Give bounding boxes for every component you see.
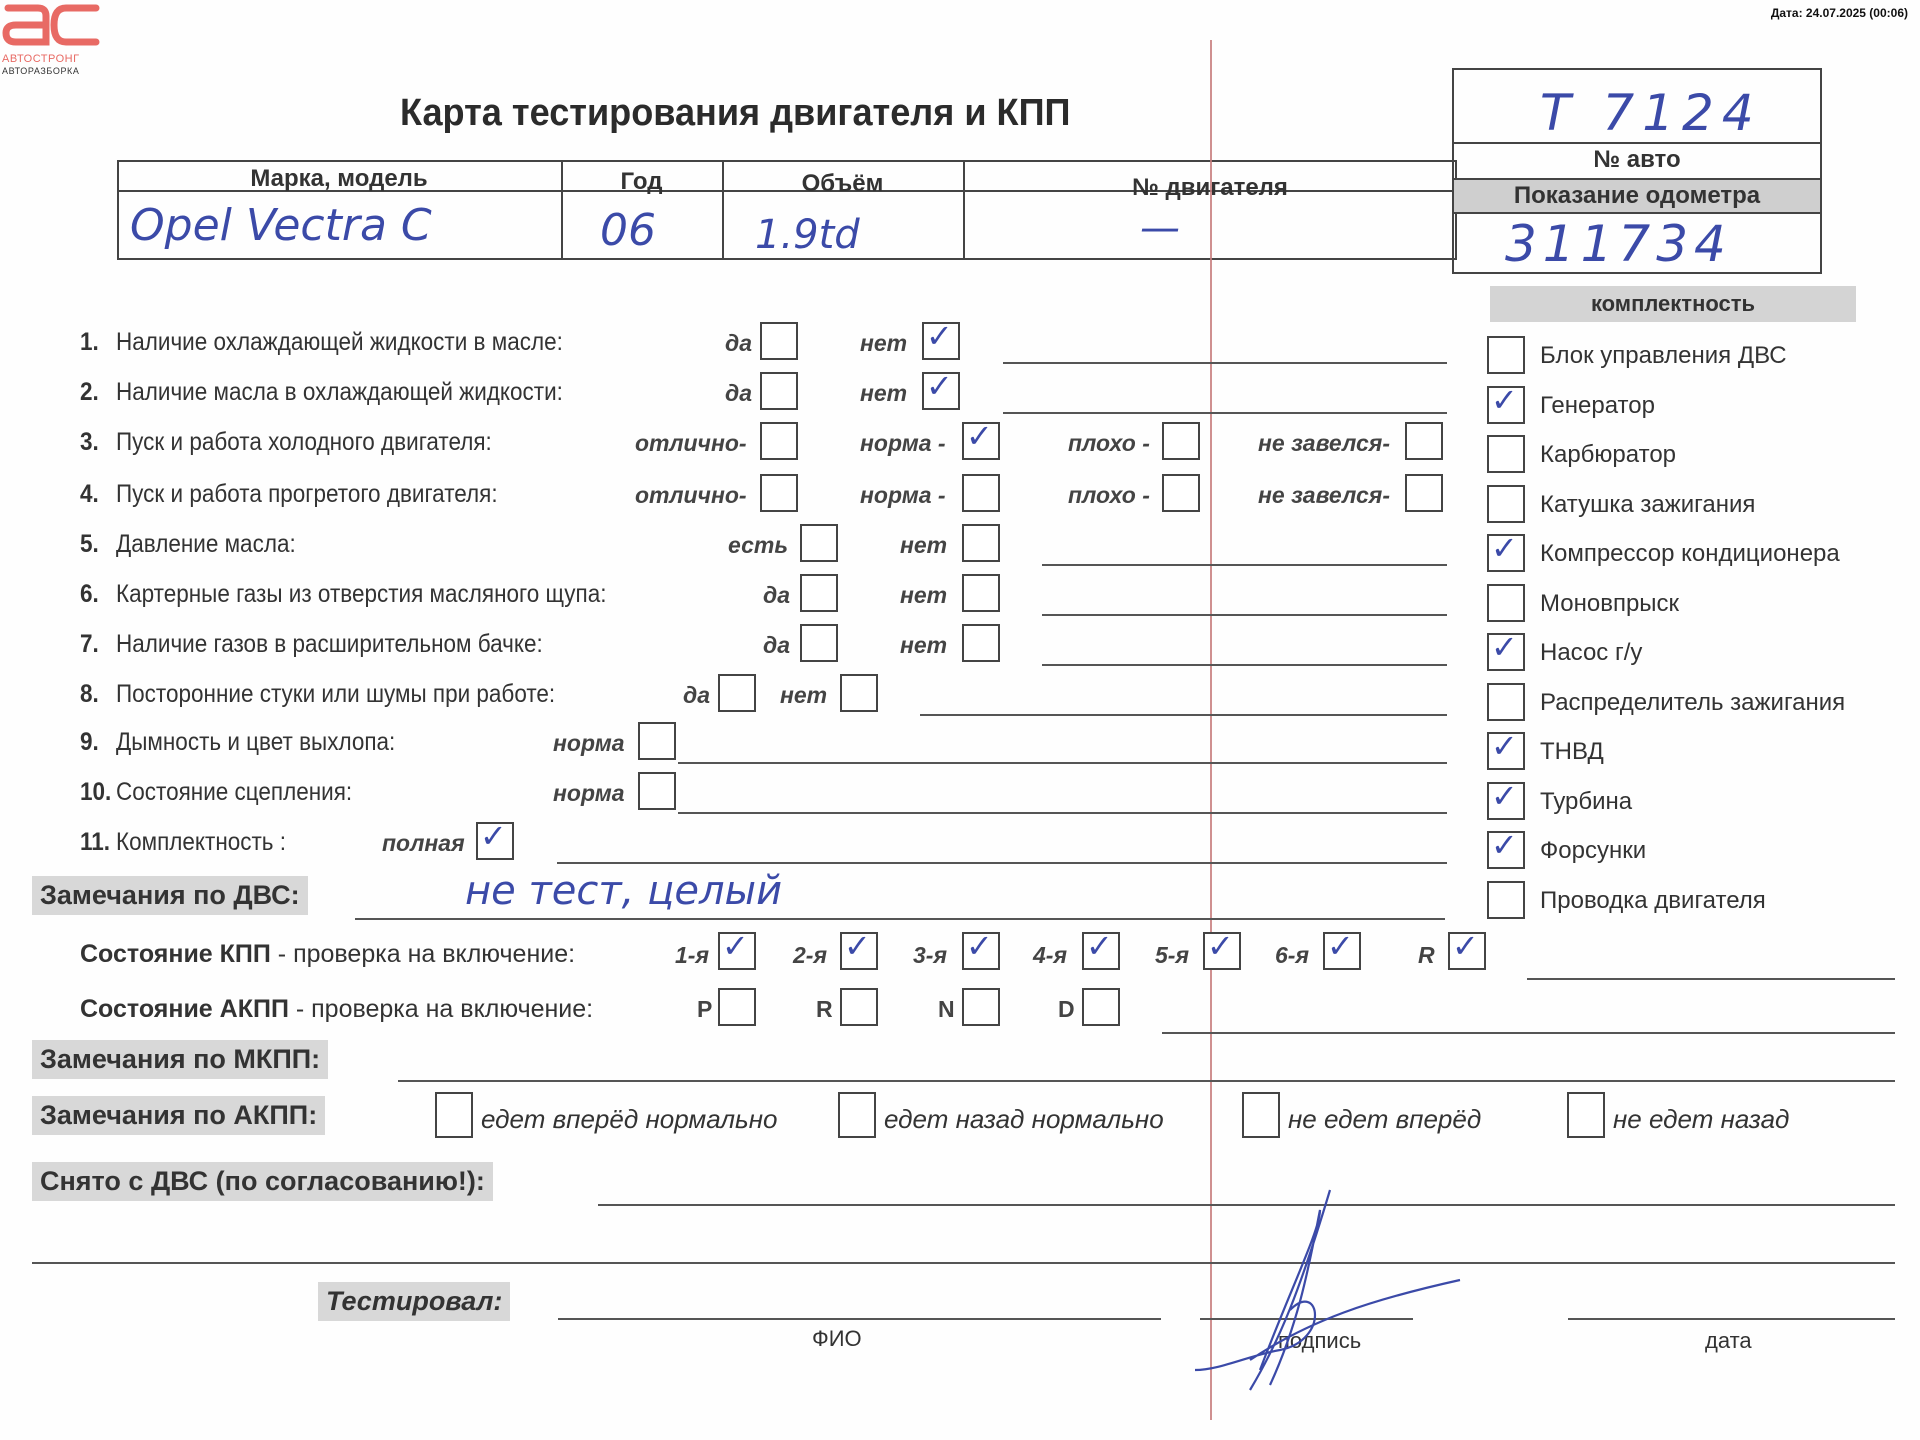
completeness-item-label: Генератор [1540, 392, 1655, 420]
option-checkbox[interactable] [840, 674, 878, 712]
akpp-label: Состояние АКПП - проверка на включение: [80, 995, 593, 1024]
option-checkbox[interactable] [1405, 474, 1443, 512]
option-checkbox[interactable] [1162, 474, 1200, 512]
tested-label: Тестировал: [318, 1282, 510, 1321]
option-checkbox[interactable]: ✓ [962, 422, 1000, 460]
question-text: Пуск и работа прогретого двигателя: [116, 480, 498, 508]
gear-checkbox[interactable]: ✓ [1448, 932, 1486, 970]
question-text: Давление масла: [116, 530, 296, 558]
option-checkbox[interactable] [1405, 422, 1443, 460]
gear-checkbox[interactable]: ✓ [1203, 932, 1241, 970]
question-label: 8.Посторонние стуки или шумы при работе: [80, 680, 555, 709]
question-label: 11.Комплектность : [80, 828, 286, 857]
option-checkbox[interactable] [760, 422, 798, 460]
year-value[interactable]: 06 [600, 205, 656, 256]
question-label: 6.Картерные газы из отверстия масляного … [80, 580, 606, 609]
kpp-label-rest: - проверка на включение: [271, 940, 575, 968]
notes-line[interactable] [1042, 664, 1447, 666]
page-title: Карта тестирования двигателя и КПП [400, 92, 1070, 135]
notes-line[interactable] [920, 714, 1447, 716]
akpp-label-rest: - проверка на включение: [289, 995, 593, 1023]
removed-line-2[interactable] [32, 1262, 1895, 1264]
option-label: отлично- [635, 482, 747, 509]
option-label: нет [780, 682, 827, 709]
completeness-checkbox[interactable] [1487, 336, 1525, 374]
option-label: не завелся- [1258, 430, 1390, 457]
completeness-checkbox[interactable] [1487, 435, 1525, 473]
checkmark-icon: ✓ [1086, 930, 1113, 962]
akpp-line [1162, 1032, 1895, 1034]
notes-line[interactable] [1003, 362, 1447, 364]
completeness-checkbox[interactable]: ✓ [1487, 386, 1525, 424]
question-label: 10.Состояние сцепления: [80, 778, 352, 807]
kpp-label-bold: Состояние КПП [80, 940, 271, 968]
question-text: Наличие газов в расширительном бачке: [116, 630, 543, 658]
remarks-mkpp-line[interactable] [398, 1080, 1895, 1082]
odometer-value[interactable]: 311734 [1505, 215, 1732, 273]
checkmark-icon: ✓ [722, 930, 749, 962]
checkmark-icon: ✓ [1491, 631, 1518, 663]
question-text: Комплектность : [116, 828, 286, 856]
question-label: 1.Наличие охлаждающей жидкости в масле: [80, 328, 563, 357]
question-text: Наличие охлаждающей жидкости в масле: [116, 328, 563, 356]
question-text: Наличие масла в охлаждающей жидкости: [116, 378, 563, 406]
volume-value[interactable]: 1.9td [755, 212, 860, 258]
question-number: 3. [80, 428, 116, 457]
completeness-item-label: Моновпрыск [1540, 590, 1679, 618]
removed-label: Снято с ДВС (по согласованию!): [32, 1162, 493, 1201]
date-line[interactable] [1568, 1318, 1895, 1320]
checkmark-icon: ✓ [1452, 930, 1479, 962]
option-label: норма - [860, 430, 946, 457]
akpp-remark-label: не едет вперёд [1288, 1104, 1481, 1135]
question-label: 5.Давление масла: [80, 530, 296, 559]
question-text: Состояние сцепления: [116, 778, 352, 806]
notes-line[interactable] [1042, 614, 1447, 616]
engine-number-value[interactable]: — [1140, 205, 1180, 251]
option-checkbox[interactable]: ✓ [922, 322, 960, 360]
completeness-item-label: Блок управления ДВС [1540, 342, 1787, 370]
option-checkbox[interactable] [760, 372, 798, 410]
odometer-label: Показание одометра [1454, 182, 1820, 210]
question-number: 11. [80, 828, 116, 857]
option-checkbox[interactable] [962, 574, 1000, 612]
completeness-checkbox[interactable] [1487, 584, 1525, 622]
gear-label: R [1418, 942, 1435, 969]
completeness-checkbox[interactable] [1487, 485, 1525, 523]
remarks-engine-value[interactable]: не тест, целый [465, 868, 782, 914]
gear-label: 5-я [1155, 942, 1189, 969]
question-number: 8. [80, 680, 116, 709]
option-checkbox[interactable] [638, 772, 676, 810]
option-checkbox[interactable] [760, 322, 798, 360]
option-label: нет [900, 582, 947, 609]
option-label: полная [382, 830, 465, 857]
position-checkbox[interactable] [962, 988, 1000, 1026]
column-header-model: Марка, модель [119, 165, 559, 193]
position-checkbox[interactable] [840, 988, 878, 1026]
checkmark-icon: ✓ [926, 370, 953, 402]
gear-label: 4-я [1033, 942, 1067, 969]
gear-checkbox[interactable]: ✓ [1082, 932, 1120, 970]
question-number: 9. [80, 728, 116, 757]
question-number: 1. [80, 328, 116, 357]
completeness-checkbox[interactable]: ✓ [1487, 534, 1525, 572]
auto-number-label: № авто [1454, 146, 1820, 174]
option-checkbox[interactable] [800, 624, 838, 662]
notes-line[interactable] [678, 762, 1447, 764]
option-label: норма - [860, 482, 946, 509]
kpp-line [1527, 978, 1895, 980]
checkmark-icon: ✓ [1207, 930, 1234, 962]
completeness-checkbox[interactable]: ✓ [1487, 633, 1525, 671]
position-label: N [938, 996, 955, 1023]
date-label: дата [1705, 1328, 1752, 1354]
completeness-item-label: Турбина [1540, 788, 1632, 816]
completeness-item-label: Карбюратор [1540, 441, 1676, 469]
completeness-item-label: Распределитель зажигания [1540, 689, 1845, 717]
option-label: нет [900, 632, 947, 659]
fio-label: ФИО [812, 1326, 862, 1352]
completeness-checkbox[interactable] [1487, 881, 1525, 919]
akpp-label-bold: Состояние АКПП [80, 995, 289, 1023]
option-label: да [763, 632, 790, 659]
checkmark-icon: ✓ [1491, 730, 1518, 762]
completeness-item-label: Насос г/у [1540, 639, 1642, 667]
gear-label: 3-я [913, 942, 947, 969]
question-text: Картерные газы из отверстия масляного щу… [116, 580, 606, 608]
question-number: 10. [80, 778, 116, 807]
option-label: норма [553, 730, 625, 757]
question-text: Пуск и работа холодного двигателя: [116, 428, 492, 456]
question-label: 9.Дымность и цвет выхлопа: [80, 728, 395, 757]
checkmark-icon: ✓ [966, 420, 993, 452]
option-label: да [725, 330, 752, 357]
checkmark-icon: ✓ [844, 930, 871, 962]
ac-logo-icon [0, 0, 100, 50]
option-checkbox[interactable] [800, 574, 838, 612]
notes-line[interactable] [557, 862, 1447, 864]
column-header-volume: Объём [724, 170, 961, 198]
question-label: 7.Наличие газов в расширительном бачке: [80, 630, 543, 659]
option-checkbox[interactable] [962, 474, 1000, 512]
position-checkbox[interactable] [718, 988, 756, 1026]
akpp-remark-checkbox[interactable] [838, 1092, 876, 1138]
brand-subtitle: АВТОРАЗБОРКА [2, 66, 80, 76]
option-label: плохо - [1068, 482, 1150, 509]
checkmark-icon: ✓ [1491, 829, 1518, 861]
question-label: 3.Пуск и работа холодного двигателя: [80, 428, 492, 457]
notes-line[interactable] [1042, 564, 1447, 566]
divider [1452, 142, 1822, 144]
question-text: Дымность и цвет выхлопа: [116, 728, 395, 756]
akpp-remark-label: едет вперёд нормально [481, 1104, 777, 1135]
option-label: не завелся- [1258, 482, 1390, 509]
position-label: D [1058, 996, 1075, 1023]
option-checkbox[interactable] [760, 474, 798, 512]
option-label: норма [553, 780, 625, 807]
gear-label: 2-я [793, 942, 827, 969]
gear-checkbox[interactable]: ✓ [1323, 932, 1361, 970]
option-label: да [725, 380, 752, 407]
gear-checkbox[interactable]: ✓ [840, 932, 878, 970]
auto-number-value[interactable]: T 7124 [1540, 84, 1762, 142]
completeness-item-label: Компрессор кондиционера [1540, 540, 1840, 568]
question-text: Посторонние стуки или шумы при работе: [116, 680, 555, 708]
checkmark-icon: ✓ [966, 930, 993, 962]
completeness-item-label: Проводка двигателя [1540, 887, 1766, 915]
option-checkbox[interactable] [718, 674, 756, 712]
question-number: 5. [80, 530, 116, 559]
gear-label: 6-я [1275, 942, 1309, 969]
akpp-remark-checkbox[interactable] [1242, 1092, 1280, 1138]
remarks-engine-line [355, 918, 1445, 920]
option-label: плохо - [1068, 430, 1150, 457]
remarks-mkpp-label: Замечания по МКПП: [32, 1040, 328, 1079]
gear-label: 1-я [675, 942, 709, 969]
option-label: есть [728, 532, 788, 559]
akpp-remark-label: едет назад нормально [884, 1104, 1164, 1135]
divider [1452, 212, 1822, 214]
date-stamp: Дата: 24.07.2025 (00:06) [1771, 6, 1908, 20]
akpp-remark-checkbox[interactable] [1567, 1092, 1605, 1138]
model-value[interactable]: Opel Vectra C [130, 200, 432, 251]
akpp-remark-checkbox[interactable] [435, 1092, 473, 1138]
handwritten-signature-icon [1190, 1170, 1470, 1400]
gear-checkbox[interactable]: ✓ [718, 932, 756, 970]
remarks-akpp-label: Замечания по АКПП: [32, 1096, 325, 1135]
option-label: нет [860, 380, 907, 407]
checkmark-icon: ✓ [1327, 930, 1354, 962]
option-checkbox[interactable]: ✓ [922, 372, 960, 410]
option-label: да [683, 682, 710, 709]
option-checkbox[interactable] [962, 624, 1000, 662]
question-number: 4. [80, 480, 116, 509]
checkmark-icon: ✓ [1491, 384, 1518, 416]
position-label: P [697, 996, 712, 1023]
fio-line[interactable] [558, 1318, 1161, 1320]
position-checkbox[interactable] [1082, 988, 1120, 1026]
option-checkbox[interactable] [962, 524, 1000, 562]
question-number: 2. [80, 378, 116, 407]
completeness-checkbox[interactable]: ✓ [1487, 831, 1525, 869]
question-number: 6. [80, 580, 116, 609]
question-number: 7. [80, 630, 116, 659]
completeness-checkbox[interactable] [1487, 683, 1525, 721]
option-checkbox[interactable] [1162, 422, 1200, 460]
completeness-item-label: Катушка зажигания [1540, 491, 1755, 519]
option-checkbox[interactable]: ✓ [476, 822, 514, 860]
completeness-heading: комплектность [1490, 286, 1856, 322]
option-checkbox[interactable] [638, 722, 676, 760]
remarks-engine-label: Замечания по ДВС: [32, 876, 308, 915]
question-label: 4.Пуск и работа прогретого двигателя: [80, 480, 498, 509]
completeness-item-label: Форсунки [1540, 837, 1646, 865]
kpp-label: Состояние КПП - проверка на включение: [80, 940, 575, 969]
checkmark-icon: ✓ [480, 820, 507, 852]
checkmark-icon: ✓ [1491, 780, 1518, 812]
checkmark-icon: ✓ [926, 320, 953, 352]
option-label: нет [860, 330, 907, 357]
option-label: да [763, 582, 790, 609]
question-label: 2.Наличие масла в охлаждающей жидкости: [80, 378, 563, 407]
option-label: отлично- [635, 430, 747, 457]
completeness-checkbox[interactable]: ✓ [1487, 782, 1525, 820]
notes-line[interactable] [1003, 412, 1447, 414]
checkmark-icon: ✓ [1491, 532, 1518, 564]
akpp-remark-label: не едет назад [1613, 1104, 1789, 1135]
option-checkbox[interactable] [800, 524, 838, 562]
completeness-item-label: ТНВД [1540, 738, 1604, 766]
option-label: нет [900, 532, 947, 559]
position-label: R [816, 996, 833, 1023]
brand-name: АВТОСТРОНГ [2, 53, 80, 65]
gear-checkbox[interactable]: ✓ [962, 932, 1000, 970]
completeness-checkbox[interactable]: ✓ [1487, 732, 1525, 770]
column-header-year: Год [563, 168, 720, 196]
notes-line[interactable] [678, 812, 1447, 814]
